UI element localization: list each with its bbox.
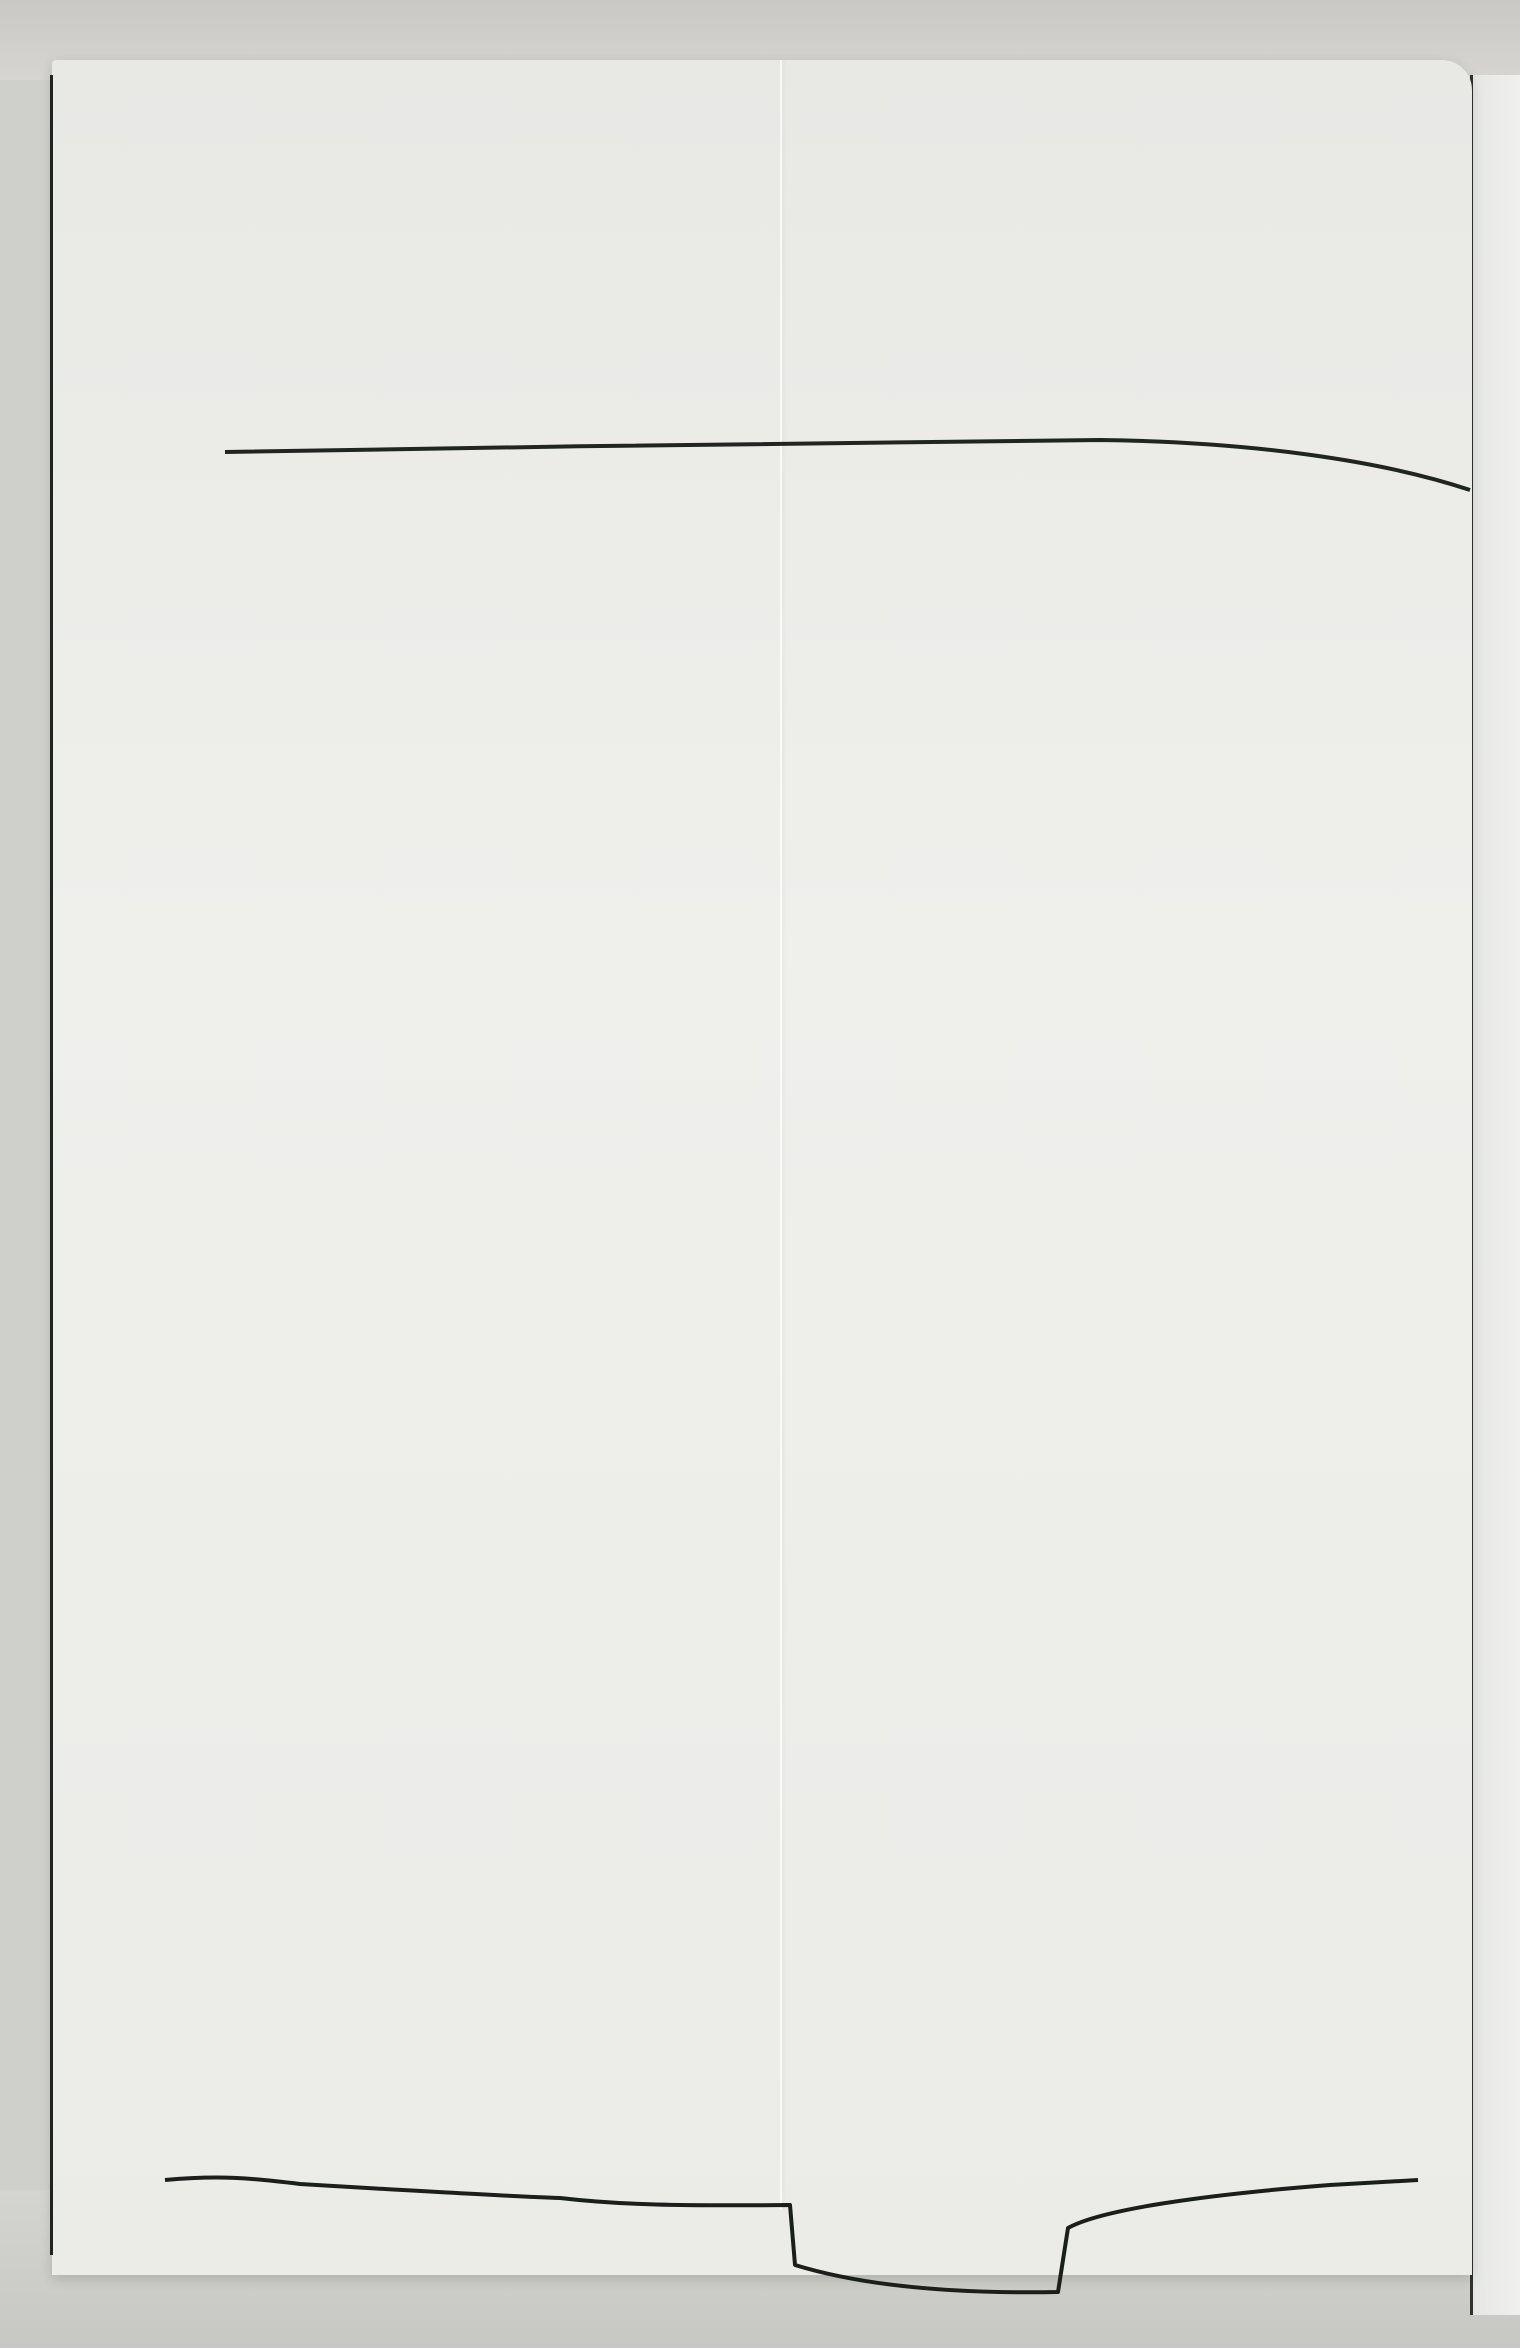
adjacent-page-edge xyxy=(1470,75,1520,2315)
page-fold-crease xyxy=(780,60,782,2210)
left-margin-rule xyxy=(50,75,53,2255)
zine-page xyxy=(52,60,1472,2275)
